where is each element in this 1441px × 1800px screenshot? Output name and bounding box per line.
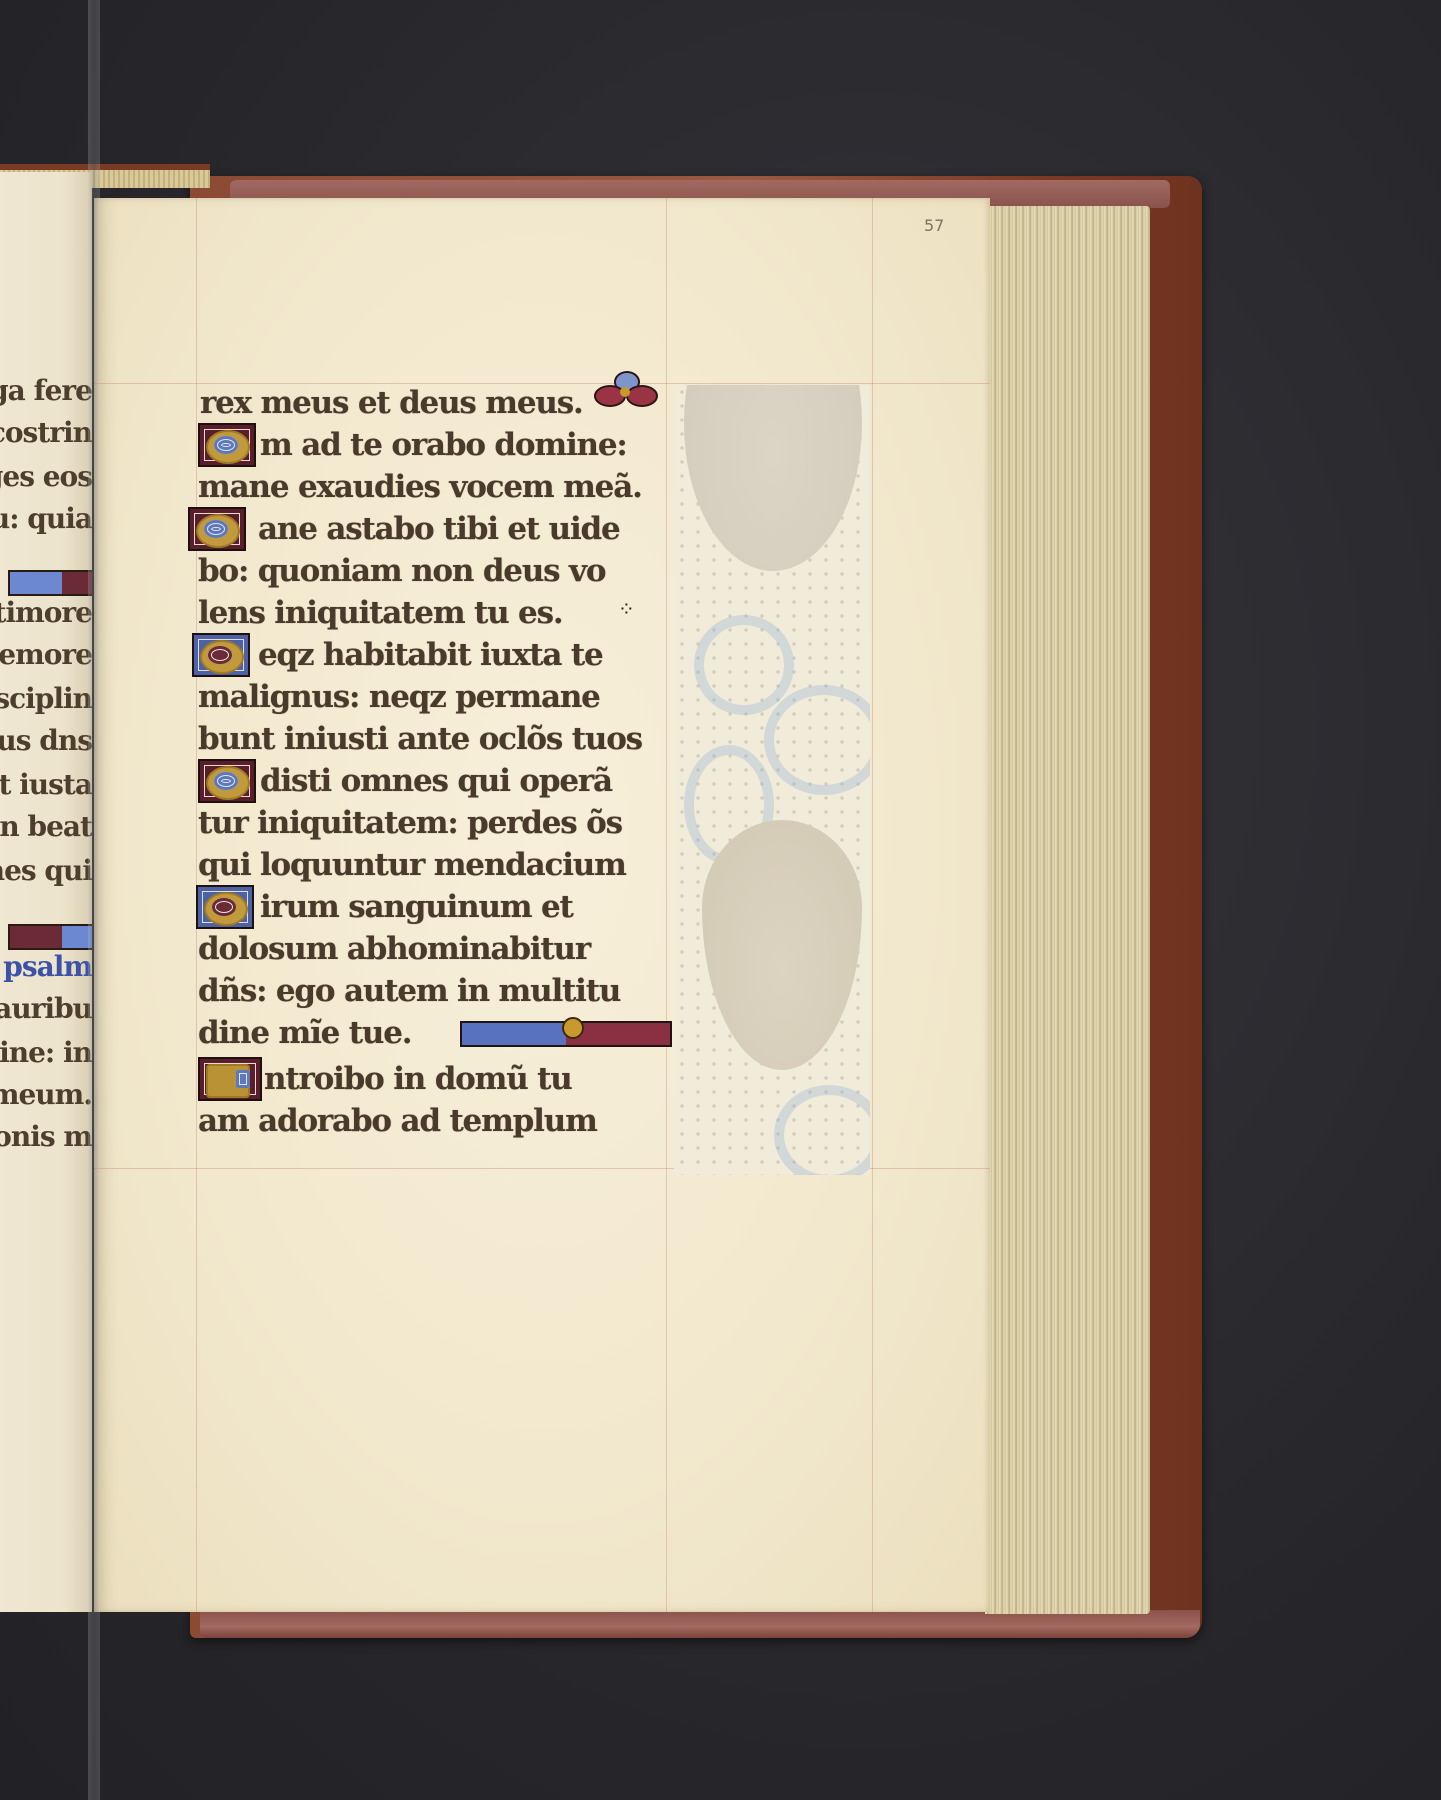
line-filler-bar bbox=[460, 1021, 672, 1047]
left-line: nnes qui bbox=[0, 854, 92, 887]
text-line: m ad te orabo domine: bbox=[260, 425, 627, 465]
illuminated-initial-o bbox=[198, 759, 256, 803]
illuminated-initial-n bbox=[192, 633, 250, 677]
text-line: mane exaudies vocem meã. bbox=[198, 467, 642, 507]
left-line: n tremore bbox=[0, 638, 92, 671]
illuminated-initial-v bbox=[196, 885, 254, 929]
left-page-fragment: iurga fere uli costrin reges eos nu: qui… bbox=[0, 172, 92, 1612]
left-line: catus dns bbox=[0, 724, 92, 757]
text-line: ane astabo tibi et uide bbox=[258, 509, 620, 549]
gutter-clip bbox=[88, 0, 100, 1800]
left-line: uli costrin bbox=[0, 416, 92, 449]
text-line: ntroibo in domũ tu bbox=[264, 1059, 572, 1099]
text-line: qui loquuntur mendacium bbox=[198, 845, 626, 885]
line-filler-bar bbox=[8, 570, 92, 596]
text-line: disti omnes qui operã bbox=[260, 761, 612, 801]
folio-number: 57 bbox=[924, 216, 944, 235]
sprig-ornament: ⁘ bbox=[618, 597, 635, 621]
ruling-line bbox=[666, 198, 667, 1612]
left-line: o in timore bbox=[0, 596, 92, 629]
left-line: omine: in bbox=[0, 1036, 92, 1069]
left-line: n meum. bbox=[0, 1078, 92, 1111]
decorated-border-panel bbox=[674, 385, 870, 1175]
line-filler-bar bbox=[8, 924, 92, 950]
text-line: irum sanguinum et bbox=[260, 887, 573, 927]
left-line: ationis m bbox=[0, 1120, 92, 1153]
text-line: eqz habitabit iuxta te bbox=[258, 635, 602, 675]
left-line: reges eos bbox=[0, 460, 92, 493]
text-line: tur iniquitatem: perdes õs bbox=[198, 803, 622, 843]
page-fore-edge bbox=[985, 206, 1150, 1614]
text-line: bo: quoniam non deus vo bbox=[198, 551, 605, 591]
left-line: a. psalm bbox=[0, 950, 92, 983]
text-line: lens iniquitatem tu es. bbox=[198, 593, 562, 633]
text-line: dine mĩe tue. bbox=[198, 1013, 411, 1053]
text-line: dñs: ego autem in multitu bbox=[198, 971, 620, 1011]
ruling-line bbox=[872, 198, 873, 1612]
binding-bottom-edge bbox=[200, 1610, 1200, 1638]
left-line: iurga fere bbox=[0, 374, 92, 407]
text-line: rex meus et deus meus. bbox=[200, 383, 583, 423]
left-line: at in beat bbox=[0, 810, 92, 843]
text-line: malignus: neqz permane bbox=[198, 677, 600, 717]
illuminated-initial-q bbox=[198, 423, 256, 467]
left-line: it iusta bbox=[0, 768, 92, 801]
manuscript-page: 57 rex meus et deus meus. m ad te orabo … bbox=[94, 198, 990, 1612]
left-line: nu: quia bbox=[0, 502, 92, 535]
acanthus-scroll bbox=[694, 615, 794, 715]
text-line: dolosum abhominabitur bbox=[198, 929, 590, 969]
illuminated-initial-m bbox=[188, 507, 246, 551]
left-line: ca auribu bbox=[0, 992, 92, 1025]
illuminated-initial-i bbox=[198, 1057, 262, 1101]
left-line: te disciplin bbox=[0, 682, 92, 715]
text-line: am adorabo ad templum bbox=[198, 1101, 597, 1141]
text-line: bunt iniusti ante oclõs tuos bbox=[198, 719, 642, 759]
